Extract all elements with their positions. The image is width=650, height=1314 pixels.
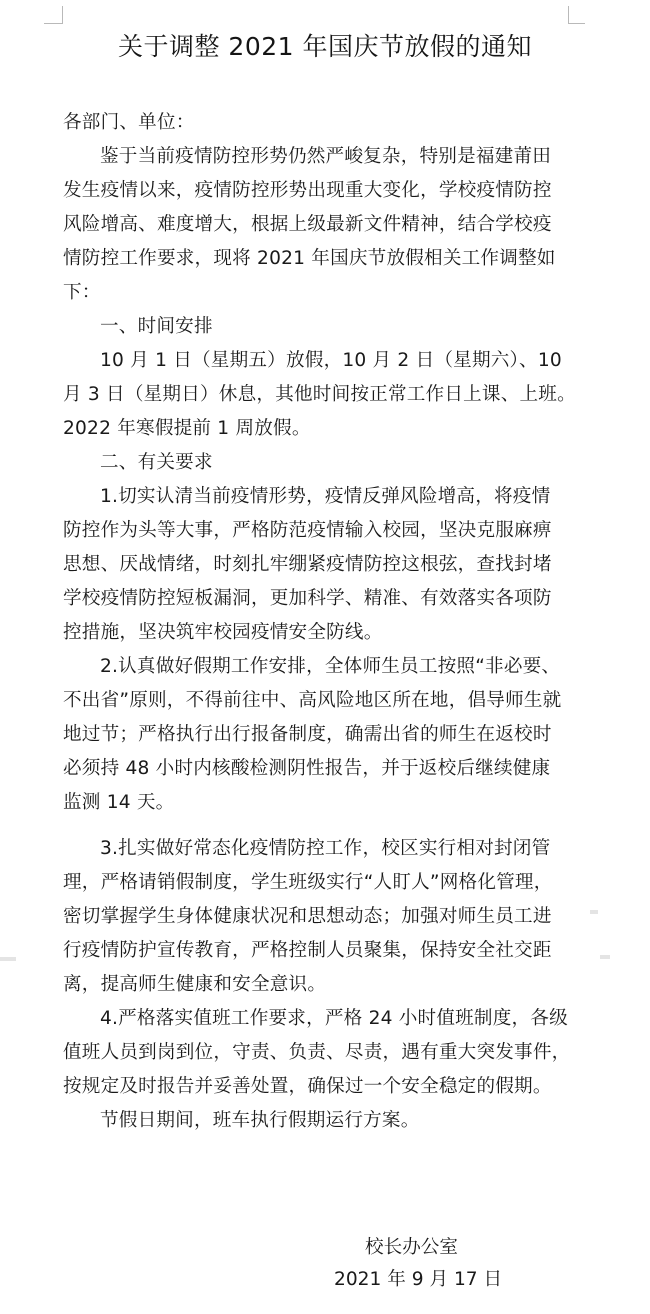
paragraph-line: 离，提高师生健康和安全意识。 — [63, 968, 593, 1002]
paragraph-requirement-3: 3.扎实做好常态化疫情防控工作，校区实行相对封闭管 理，严格请销假制度，学生班级… — [63, 832, 593, 1002]
paragraph-line: 行疫情防护宣传教育，严格控制人员聚集，保持安全社交距 — [63, 934, 593, 968]
paragraph-line: 值班人员到岗到位，守责、负责、尽责，遇有重大突发事件， — [63, 1036, 593, 1070]
signature-office: 校长办公室 — [365, 1233, 458, 1259]
paragraph-line: 地过节；严格执行出行报备制度，确需出省的师生在返校时 — [63, 718, 593, 752]
paragraph-line: 风险增高、难度增大，根据上级最新文件精神，结合学校疫 — [63, 208, 593, 242]
paragraph-line: 监测 14 天。 — [63, 786, 593, 820]
salutation: 各部门、单位： — [63, 106, 593, 140]
paragraph-line: 发生疫情以来，疫情防控形势出现重大变化，学校疫情防控 — [63, 174, 593, 208]
crop-mark-top-left — [44, 6, 63, 24]
paragraph-requirement-1: 1.切实认清当前疫情形势，疫情反弹风险增高，将疫情 防控作为头等大事，严格防范疫… — [63, 480, 593, 650]
paragraph-line: 3.扎实做好常态化疫情防控工作，校区实行相对封闭管 — [63, 832, 593, 866]
paragraph-line: 不出省”原则，不得前往中、高风险地区所在地，倡导师生就 — [63, 684, 593, 718]
paragraph-line: 学校疫情防控短板漏洞，更加科学、精准、有效落实各项防 — [63, 582, 593, 616]
paragraph-line: 密切掌握学生身体健康状况和思想动态；加强对师生员工进 — [63, 900, 593, 934]
paragraph-line: 理，严格请销假制度，学生班级实行“人盯人”网格化管理， — [63, 866, 593, 900]
paragraph-intro: 鉴于当前疫情防控形势仍然严峻复杂，特别是福建莆田 发生疫情以来，疫情防控形势出现… — [63, 140, 593, 310]
page-edge-mark-right-2 — [600, 955, 610, 959]
paragraph-line: 控措施，坚决筑牢校园疫情安全防线。 — [63, 616, 593, 650]
paragraph-line: 下： — [63, 276, 593, 310]
paragraph-line: 鉴于当前疫情防控形势仍然严峻复杂，特别是福建莆田 — [63, 140, 593, 174]
paragraph-line: 10 月 1 日（星期五）放假，10 月 2 日（星期六）、10 — [63, 344, 593, 378]
paragraph-line: 4.严格落实值班工作要求，严格 24 小时值班制度，各级 — [63, 1002, 593, 1036]
paragraph-line: 月 3 日（星期日）休息，其他时间按正常工作日上课、上班。 — [63, 378, 593, 412]
paragraph-line: 2022 年寒假提前 1 周放假。 — [63, 412, 593, 446]
paragraph-line: 节假日期间，班车执行假期运行方案。 — [63, 1104, 593, 1138]
section-heading: 二、有关要求 — [63, 446, 593, 480]
signature-date: 2021 年 9 月 17 日 — [334, 1265, 502, 1291]
paragraph-line: 按规定及时报告并妥善处置，确保过一个安全稳定的假期。 — [63, 1070, 593, 1104]
section-heading-requirements: 二、有关要求 — [63, 446, 593, 480]
paragraph-line: 2.认真做好假期工作安排，全体师生员工按照“非必要、 — [63, 650, 593, 684]
paragraph-shuttle-note: 节假日期间，班车执行假期运行方案。 — [63, 1104, 593, 1138]
page-edge-mark-left — [0, 957, 16, 961]
paragraph-line: 情防控工作要求，现将 2021 年国庆节放假相关工作调整如 — [63, 242, 593, 276]
paragraph-line: 必须持 48 小时内核酸检测阴性报告，并于返校后继续健康 — [63, 752, 593, 786]
document-title: 关于调整 2021 年国庆节放假的通知 — [0, 27, 650, 63]
paragraph-line: 防控作为头等大事，严格防范疫情输入校园，坚决克服麻痹 — [63, 514, 593, 548]
paragraph-requirement-2: 2.认真做好假期工作安排，全体师生员工按照“非必要、 不出省”原则，不得前往中、… — [63, 650, 593, 820]
paragraph-spacer — [63, 820, 593, 832]
paragraph-schedule: 10 月 1 日（星期五）放假，10 月 2 日（星期六）、10 月 3 日（星… — [63, 344, 593, 446]
crop-mark-top-right — [568, 6, 585, 24]
document-body: 各部门、单位： 鉴于当前疫情防控形势仍然严峻复杂，特别是福建莆田 发生疫情以来，… — [63, 106, 593, 1138]
paragraph-requirement-4: 4.严格落实值班工作要求，严格 24 小时值班制度，各级 值班人员到岗到位，守责… — [63, 1002, 593, 1104]
section-heading: 一、时间安排 — [63, 310, 593, 344]
paragraph-line: 1.切实认清当前疫情形势，疫情反弹风险增高，将疫情 — [63, 480, 593, 514]
section-heading-schedule: 一、时间安排 — [63, 310, 593, 344]
paragraph-line: 思想、厌战情绪，时刻扎牢绷紧疫情防控这根弦，查找封堵 — [63, 548, 593, 582]
